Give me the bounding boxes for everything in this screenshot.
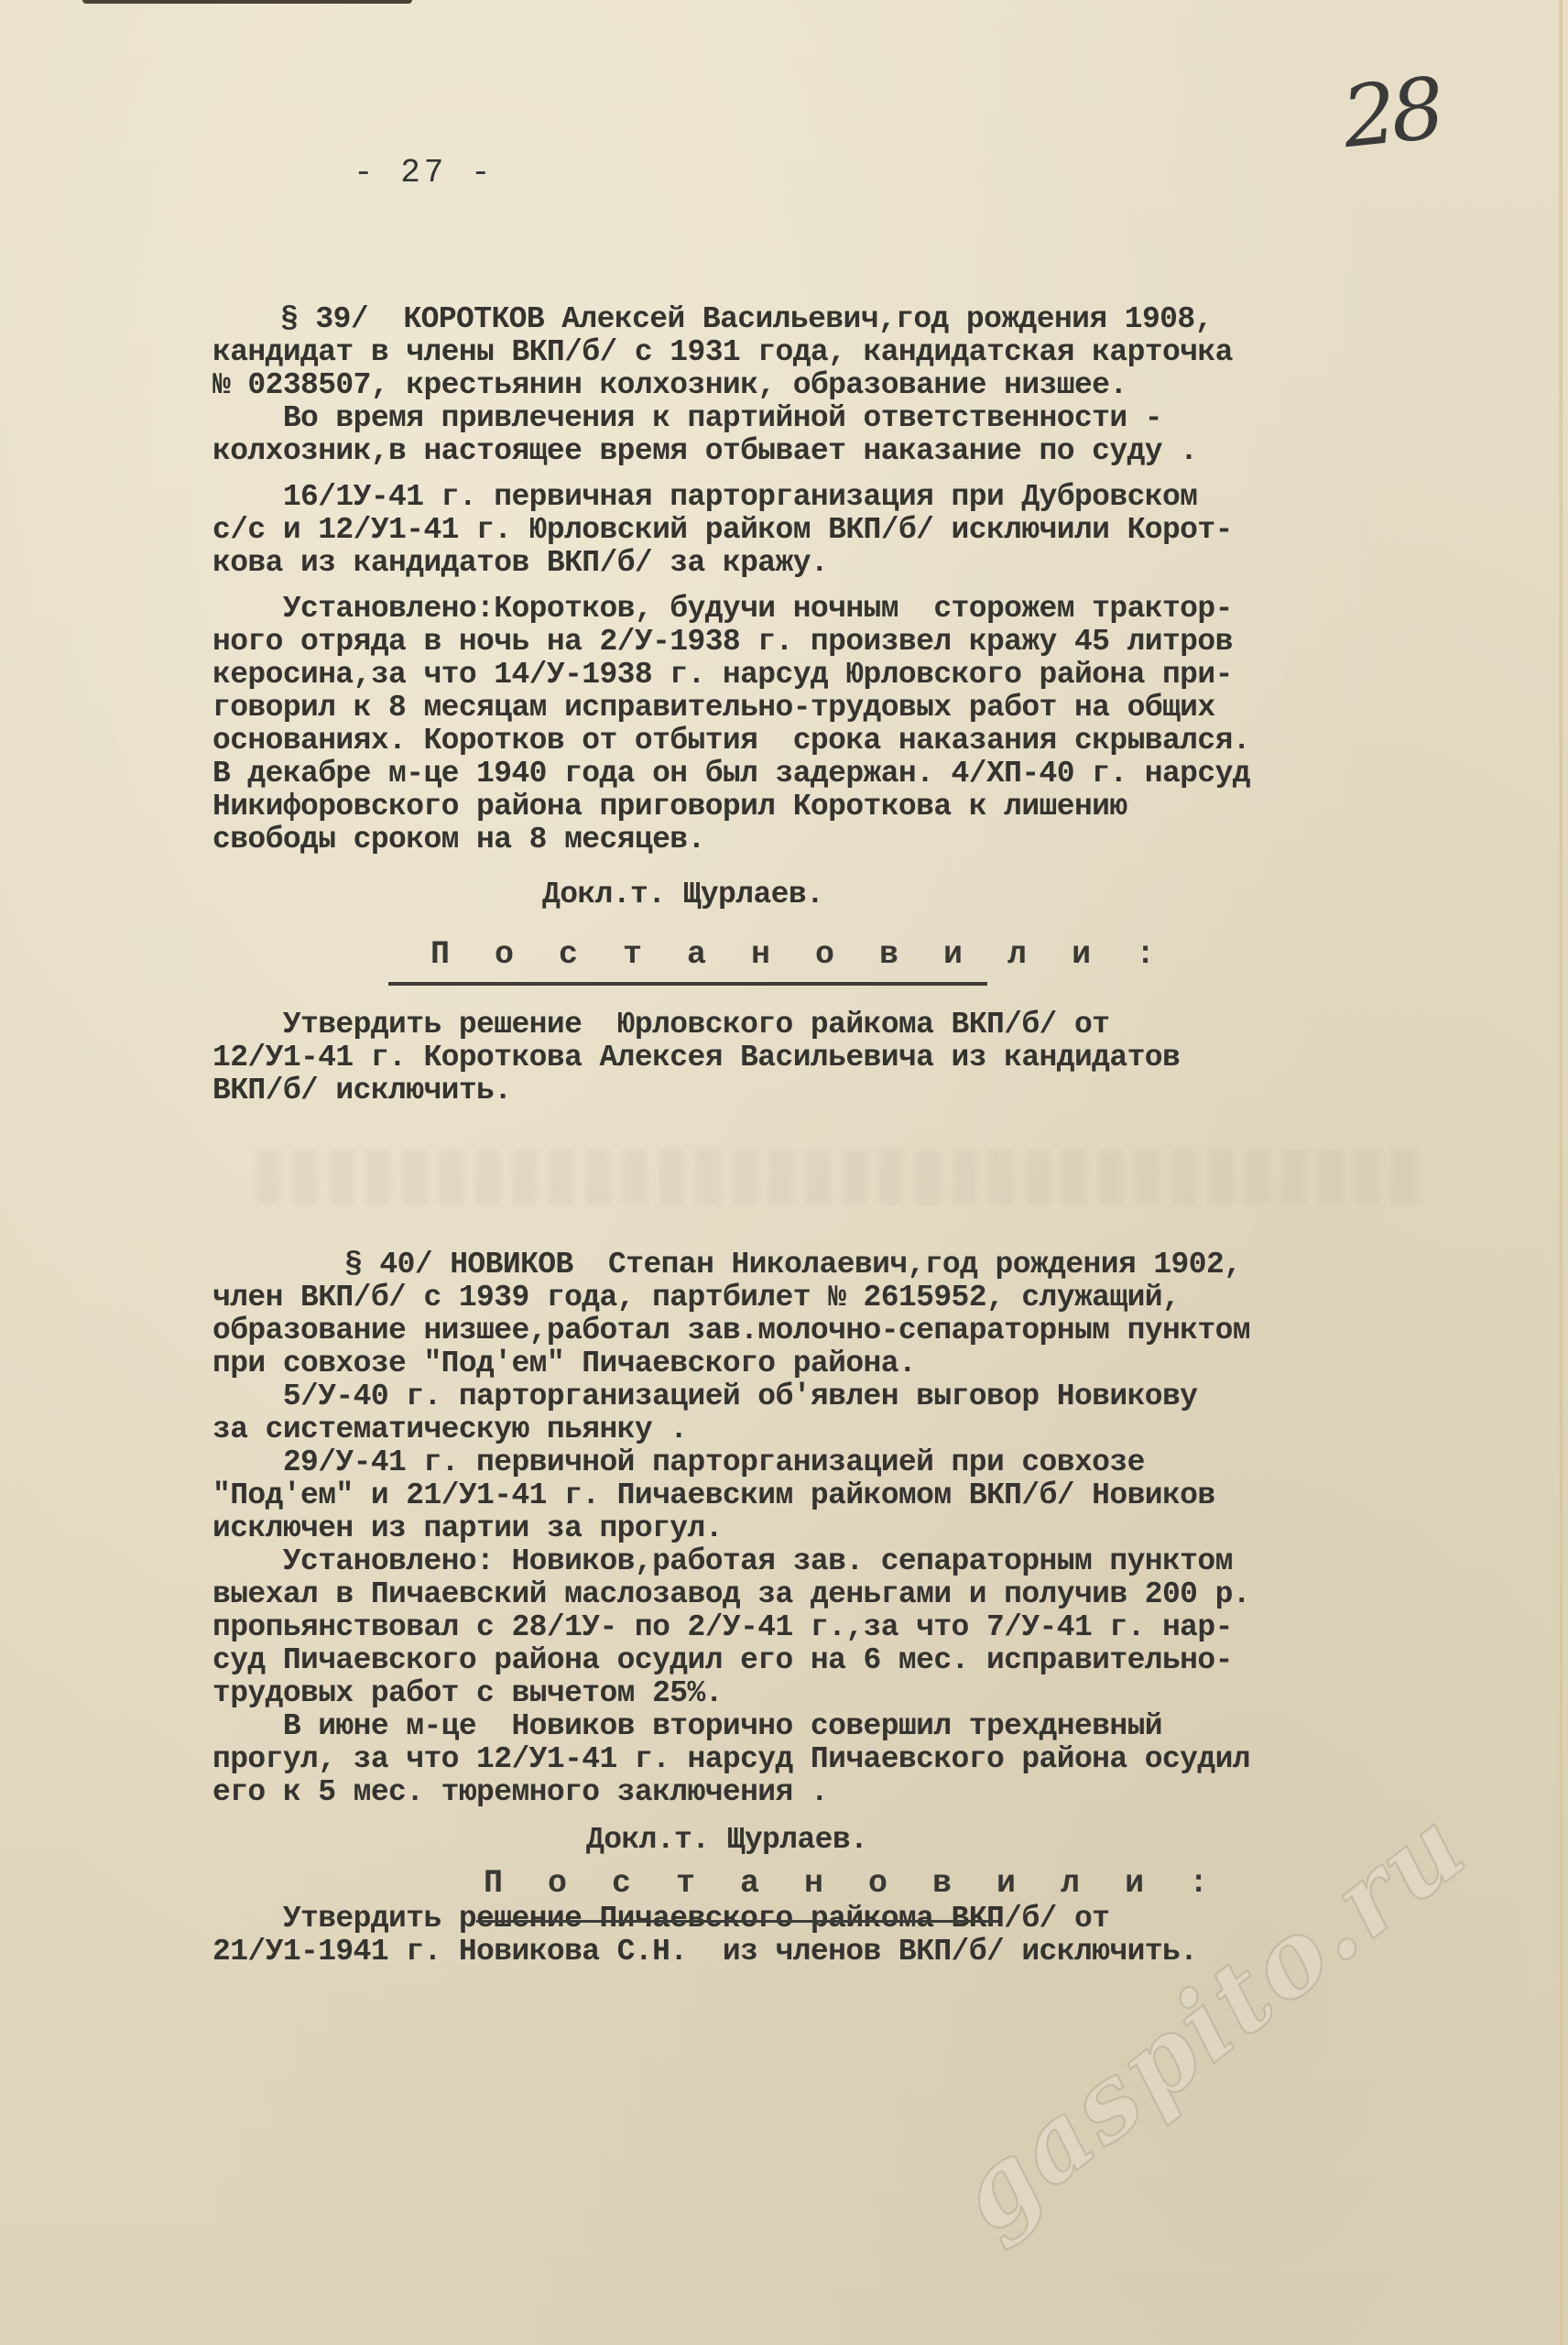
entry-40-resolution-line-1: Утвердить решение Пичаевского райкома ВК… <box>212 1902 1109 1936</box>
entry-39-line-12: говорил к 8 месяцам исправительно-трудов… <box>212 691 1215 725</box>
scan-edge-shadow <box>82 0 412 4</box>
entry-40-line-10: Установлено: Новиков,работая зав. сепара… <box>212 1544 1233 1579</box>
archival-document-page: 28 - 27 - § 39/ КОРОТКОВ Алексей Василье… <box>0 0 1568 2345</box>
entry-40-line-12: пропьянствовал с 28/1У- по 2/У-41 г.,за … <box>212 1610 1233 1645</box>
entry-39-reporter: Докл.т. Щурлаев. <box>542 878 823 912</box>
entry-39-line-15: Никифоровского района приговорил Коротко… <box>212 790 1127 824</box>
entry-40-line-7: 29/У-41 г. первичной парторганизацией пр… <box>212 1445 1145 1480</box>
entry-40-line-16: прогул, за что 12/У1-41 г. нарсуд Пичаев… <box>212 1742 1250 1777</box>
entry-40-line-11: выехал в Пичаевский маслозавод за деньга… <box>212 1577 1250 1612</box>
entry-39-resolved-heading: П о с т а н о в и л и : <box>430 936 1168 973</box>
entry-40-line-15: В июне м-це Новиков вторично совершил тр… <box>212 1709 1162 1744</box>
entry-39-line-10: ного отряда в ночь на 2/У-1938 г. произв… <box>212 625 1233 660</box>
watermark-embossed: gaspito.ru <box>934 1785 1488 2254</box>
entry-39-resolution-line-3: ВКП/б/ исключить. <box>212 1074 511 1108</box>
entry-39-line-13: основаниях. Коротков от отбытия срока на… <box>212 724 1250 758</box>
entry-39-resolution-line-2: 12/У1-41 г. Короткова Алексея Васильевич… <box>212 1041 1180 1075</box>
entry-40-line-4: при совхозе "Под'ем" Пичаевского района. <box>212 1347 916 1381</box>
entry-40-line-5: 5/У-40 г. парторганизацией об'явлен выго… <box>212 1380 1197 1414</box>
entry-40-line-6: за систематическую пьянку . <box>212 1412 688 1447</box>
entry-40-line-13: суд Пичаевского района осудил его на 6 м… <box>212 1643 1233 1678</box>
entry-39-line-5: колхозник,в настоящее время отбывает нак… <box>212 434 1197 469</box>
entry-40-line-8: "Под'ем" и 21/У1-41 г. Пичаевским райком… <box>212 1478 1215 1513</box>
entry-39-line-16: свободы сроком на 8 месяцев. <box>212 823 705 857</box>
entry-39-heading-underline <box>388 982 987 986</box>
entry-39-line-4: Во время привлечения к партийной ответст… <box>212 401 1162 436</box>
entry-39-resolution-line-1: Утвердить решение Юрловского райкома ВКП… <box>212 1008 1109 1042</box>
entry-39-line-3: № 0238507, крестьянин колхозник, образов… <box>212 368 1127 403</box>
entry-40-resolution-line-2: 21/У1-1941 г. Новикова С.Н. из членов ВК… <box>212 1935 1197 1969</box>
entry-39-line-7: с/с и 12/У1-41 г. Юрловский райком ВКП/б… <box>212 513 1233 548</box>
entry-39-line-8: кова из кандидатов ВКП/б/ за кражу. <box>212 546 828 581</box>
entry-40-line-14: трудовых работ с вычетом 25%. <box>212 1676 723 1711</box>
entry-40-line-17: его к 5 мес. тюремного заключения . <box>212 1775 828 1810</box>
entry-39-line-14: В декабре м-це 1940 года он был задержан… <box>212 757 1250 791</box>
typed-page-number: - 27 - <box>354 154 495 191</box>
entry-40-line-9: исключен из партии за прогул. <box>212 1511 723 1546</box>
entry-40-line-1: § 40/ НОВИКОВ Степан Николаевич,год рожд… <box>344 1248 1241 1282</box>
entry-40-line-3: образование низшее,работал зав.молочно-с… <box>212 1314 1250 1348</box>
entry-40-heading-underline <box>476 1920 998 1923</box>
entry-39-line-2: кандидат в члены ВКП/б/ с 1931 года, кан… <box>212 335 1233 370</box>
entry-40-resolved-heading: П о с т а н о в и л и : <box>484 1865 1221 1902</box>
entry-39-line-1: § 39/ КОРОТКОВ Алексей Васильевич,год ро… <box>280 302 1213 337</box>
bleed-through-text <box>256 1150 1429 1205</box>
entry-39-line-6: 16/1У-41 г. первичная парторганизация пр… <box>212 480 1197 515</box>
entry-40-reporter: Докл.т. Щурлаев. <box>586 1823 867 1858</box>
entry-40-line-2: член ВКП/б/ с 1939 года, партбилет № 261… <box>212 1281 1180 1315</box>
entry-39-line-9: Установлено:Коротков, будучи ночным стор… <box>212 592 1233 627</box>
page-right-edge <box>1559 0 1563 2345</box>
entry-39-line-11: керосина,за что 14/У-1938 г. нарсуд Юрло… <box>212 658 1233 693</box>
handwritten-folio-number: 28 <box>1338 60 1444 167</box>
